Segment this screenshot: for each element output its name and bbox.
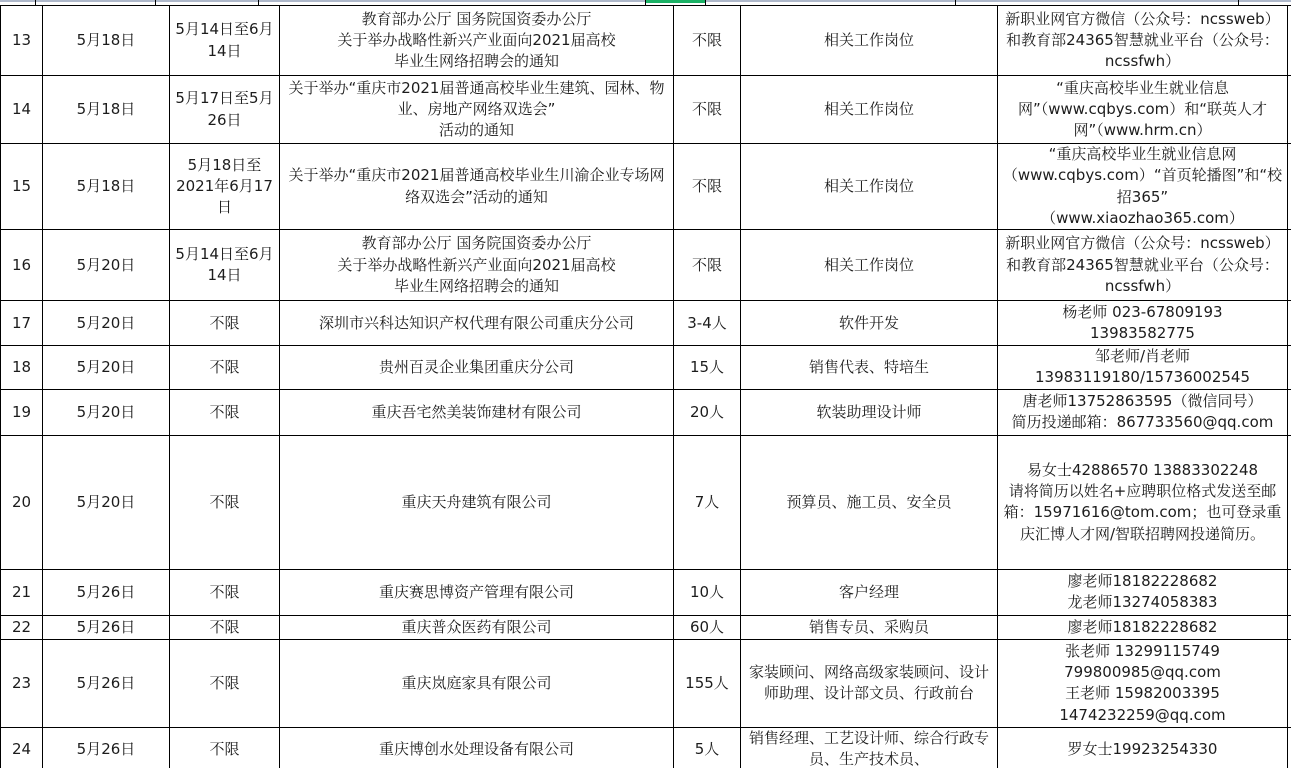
cell-contact[interactable]: 罗女士19923254330 [998, 727, 1288, 768]
cell-contact[interactable]: 廖老师18182228682 龙老师13274058383 [998, 569, 1288, 615]
cell-title[interactable]: 重庆普众医药有限公司 [280, 615, 674, 639]
cell-date[interactable]: 5月18日 [43, 76, 170, 144]
cell-title[interactable]: 重庆博创水处理设备有限公司 [280, 727, 674, 768]
cell-extra[interactable] [1288, 6, 1291, 76]
cell-range[interactable]: 不限 [170, 615, 280, 639]
cell-positions[interactable]: 相关工作岗位 [741, 144, 998, 230]
cell-contact[interactable]: 杨老师 023-67809193 13983582775 [998, 301, 1288, 346]
cell-num[interactable]: 19 [1, 389, 43, 435]
cell-count[interactable]: 不限 [674, 6, 741, 76]
cell-range[interactable]: 5月14日至6月14日 [170, 230, 280, 301]
cell-contact[interactable]: 唐老师13752863595（微信同号） 简历投递邮箱：867733560@qq… [998, 389, 1288, 435]
cell-num[interactable]: 18 [1, 346, 43, 390]
cell-title[interactable]: 深圳市兴科达知识产权代理有限公司重庆分公司 [280, 301, 674, 346]
cell-positions[interactable]: 软装助理设计师 [741, 389, 998, 435]
table-row: 165月20日5月14日至6月14日教育部办公厅 国务院国资委办公厅 关于举办战… [1, 230, 1291, 301]
cell-contact[interactable]: 张老师 13299115749 799800985@qq.com 王老师 159… [998, 639, 1288, 727]
cell-date[interactable]: 5月18日 [43, 144, 170, 230]
cell-title[interactable]: 教育部办公厅 国务院国资委办公厅 关于举办战略性新兴产业面向2021届高校 毕业… [280, 6, 674, 76]
cell-count[interactable]: 不限 [674, 230, 741, 301]
cell-num[interactable]: 16 [1, 230, 43, 301]
cell-range[interactable]: 不限 [170, 435, 280, 569]
cell-positions[interactable]: 相关工作岗位 [741, 6, 998, 76]
cell-title[interactable]: 教育部办公厅 国务院国资委办公厅 关于举办战略性新兴产业面向2021届高校 毕业… [280, 230, 674, 301]
cell-extra[interactable] [1288, 639, 1291, 727]
cell-title[interactable]: 重庆岚庭家具有限公司 [280, 639, 674, 727]
cell-count[interactable]: 不限 [674, 76, 741, 144]
table-row: 215月26日不限重庆赛思博资产管理有限公司10人客户经理廖老师18182228… [1, 569, 1291, 615]
cell-extra[interactable] [1288, 389, 1291, 435]
cell-positions[interactable]: 相关工作岗位 [741, 76, 998, 144]
cell-extra[interactable] [1288, 346, 1291, 390]
cell-range[interactable]: 不限 [170, 301, 280, 346]
cell-contact[interactable]: 新职业网官方微信（公众号：ncssweb）和教育部24365智慧就业平台（公众号… [998, 230, 1288, 301]
cell-num[interactable]: 24 [1, 727, 43, 768]
cell-count[interactable]: 155人 [674, 639, 741, 727]
cell-contact[interactable]: 廖老师18182228682 [998, 615, 1288, 639]
table-row: 135月18日5月14日至6月14日教育部办公厅 国务院国资委办公厅 关于举办战… [1, 6, 1291, 76]
cell-positions[interactable]: 预算员、施工员、安全员 [741, 435, 998, 569]
cell-range[interactable]: 5月17日至5月26日 [170, 76, 280, 144]
cell-positions[interactable]: 软件开发 [741, 301, 998, 346]
cell-num[interactable]: 22 [1, 615, 43, 639]
cell-range[interactable]: 5月18日至2021年6月17日 [170, 144, 280, 230]
table-row: 235月26日不限重庆岚庭家具有限公司155人家装顾问、网络高级家装顾问、设计师… [1, 639, 1291, 727]
cell-positions[interactable]: 客户经理 [741, 569, 998, 615]
cell-positions[interactable]: 相关工作岗位 [741, 230, 998, 301]
cell-extra[interactable] [1288, 301, 1291, 346]
cell-contact[interactable]: 邹老师/肖老师 13983119180/15736002545 [998, 346, 1288, 390]
cell-date[interactable]: 5月20日 [43, 346, 170, 390]
cell-extra[interactable] [1288, 144, 1291, 230]
cell-count[interactable]: 5人 [674, 727, 741, 768]
cell-count[interactable]: 不限 [674, 144, 741, 230]
table-row: 145月18日5月17日至5月26日关于举办“重庆市2021届普通高校毕业生建筑… [1, 76, 1291, 144]
cell-range[interactable]: 不限 [170, 727, 280, 768]
table-row: 185月20日不限贵州百灵企业集团重庆分公司15人销售代表、特培生邹老师/肖老师… [1, 346, 1291, 390]
cell-positions[interactable]: 销售代表、特培生 [741, 346, 998, 390]
cell-title[interactable]: 重庆吾宅然美装饰建材有限公司 [280, 389, 674, 435]
cell-extra[interactable] [1288, 435, 1291, 569]
cell-extra[interactable] [1288, 615, 1291, 639]
selected-cell-indicator [645, 0, 706, 3]
table-row: 205月20日不限重庆天舟建筑有限公司7人预算员、施工员、安全员易女士42886… [1, 435, 1291, 569]
cell-contact[interactable]: “重庆高校毕业生就业信息网（www.cqbys.com）“首页轮播图”和“校招3… [998, 144, 1288, 230]
table-row: 175月20日不限深圳市兴科达知识产权代理有限公司重庆分公司3-4人软件开发杨老… [1, 301, 1291, 346]
cell-positions[interactable]: 销售专员、采购员 [741, 615, 998, 639]
table-row: 225月26日不限重庆普众医药有限公司60人销售专员、采购员廖老师1818222… [1, 615, 1291, 639]
spreadsheet-view: 135月18日5月14日至6月14日教育部办公厅 国务院国资委办公厅 关于举办战… [0, 0, 1291, 768]
cell-date[interactable]: 5月26日 [43, 639, 170, 727]
cell-num[interactable]: 17 [1, 301, 43, 346]
cell-title[interactable]: 重庆赛思博资产管理有限公司 [280, 569, 674, 615]
cell-extra[interactable] [1288, 76, 1291, 144]
cell-contact[interactable]: “重庆高校毕业生就业信息网”（www.cqbys.com）和“联英人才网”（ww… [998, 76, 1288, 144]
cell-count[interactable]: 60人 [674, 615, 741, 639]
cell-title[interactable]: 重庆天舟建筑有限公司 [280, 435, 674, 569]
cell-contact[interactable]: 新职业网官方微信（公众号：ncssweb）和教育部24365智慧就业平台（公众号… [998, 6, 1288, 76]
cell-title[interactable]: 贵州百灵企业集团重庆分公司 [280, 346, 674, 390]
cell-title[interactable]: 关于举办“重庆市2021届普通高校毕业生川渝企业专场网络双选会”活动的通知 [280, 144, 674, 230]
cell-extra[interactable] [1288, 230, 1291, 301]
cell-date[interactable]: 5月20日 [43, 230, 170, 301]
cell-count[interactable]: 7人 [674, 435, 741, 569]
cell-contact[interactable]: 易女士42886570 13883302248 请将简历以姓名+应聘职位格式发送… [998, 435, 1288, 569]
cell-date[interactable]: 5月18日 [43, 6, 170, 76]
cell-num[interactable]: 21 [1, 569, 43, 615]
cell-count[interactable]: 10人 [674, 569, 741, 615]
cell-range[interactable]: 不限 [170, 346, 280, 390]
cell-count[interactable]: 20人 [674, 389, 741, 435]
cell-num[interactable]: 13 [1, 6, 43, 76]
cell-date[interactable]: 5月20日 [43, 301, 170, 346]
cell-range[interactable]: 5月14日至6月14日 [170, 6, 280, 76]
cell-num[interactable]: 14 [1, 76, 43, 144]
cell-range[interactable]: 不限 [170, 569, 280, 615]
table-body: 135月18日5月14日至6月14日教育部办公厅 国务院国资委办公厅 关于举办战… [1, 6, 1291, 768]
cell-num[interactable]: 15 [1, 144, 43, 230]
cell-date[interactable]: 5月26日 [43, 569, 170, 615]
cell-range[interactable]: 不限 [170, 389, 280, 435]
cell-range[interactable]: 不限 [170, 639, 280, 727]
cell-date[interactable]: 5月20日 [43, 435, 170, 569]
table-row: 195月20日不限重庆吾宅然美装饰建材有限公司20人软装助理设计师唐老师1375… [1, 389, 1291, 435]
cell-num[interactable]: 23 [1, 639, 43, 727]
cell-date[interactable]: 5月20日 [43, 389, 170, 435]
cell-extra[interactable] [1288, 727, 1291, 768]
recruitment-table: 135月18日5月14日至6月14日教育部办公厅 国务院国资委办公厅 关于举办战… [0, 5, 1291, 768]
cell-num[interactable]: 20 [1, 435, 43, 569]
cell-date[interactable]: 5月26日 [43, 727, 170, 768]
cell-positions[interactable]: 家装顾问、网络高级家装顾问、设计师助理、设计部文员、行政前台 [741, 639, 998, 727]
table-row: 155月18日5月18日至2021年6月17日关于举办“重庆市2021届普通高校… [1, 144, 1291, 230]
cell-extra[interactable] [1288, 569, 1291, 615]
cell-positions[interactable]: 销售经理、工艺设计师、综合行政专员、生产技术员、 [741, 727, 998, 768]
table-row: 245月26日不限重庆博创水处理设备有限公司5人销售经理、工艺设计师、综合行政专… [1, 727, 1291, 768]
cell-title[interactable]: 关于举办“重庆市2021届普通高校毕业生建筑、园林、物业、房地产网络双选会” 活… [280, 76, 674, 144]
cell-count[interactable]: 3-4人 [674, 301, 741, 346]
cell-count[interactable]: 15人 [674, 346, 741, 390]
cell-date[interactable]: 5月26日 [43, 615, 170, 639]
